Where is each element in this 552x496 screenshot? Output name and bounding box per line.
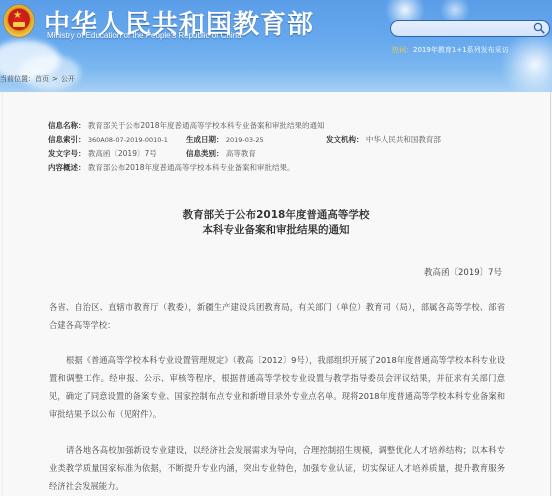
meta-row-docnum: 发文字号： 教高函〔2019〕7号 <box>48 148 157 160</box>
meta-value: 2019-03-25 <box>226 136 264 144</box>
search-input[interactable] <box>397 22 527 35</box>
paragraph-requirements: 请各地各高校加强新设专业建设，以经济社会发展需求为导向，合理控制招生规模，调整优… <box>49 441 505 495</box>
document-number: 教高函〔2019〕7号 <box>424 266 502 278</box>
document-title-line2: 本科专业备案和审批结果的通知 <box>0 223 552 238</box>
cloud-decoration <box>20 55 80 90</box>
breadcrumb: 当前位置：首页>公开 <box>0 74 75 84</box>
meta-label: 发文字号： <box>48 148 86 160</box>
meta-label: 内容概述： <box>48 162 86 174</box>
breadcrumb-separator: > <box>52 75 58 83</box>
document-title-line1: 教育部关于公布2018年度普通高等学校 <box>0 208 552 223</box>
search-box[interactable] <box>390 20 550 37</box>
meta-label: 信息名称： <box>48 120 86 132</box>
gate-icon <box>13 22 25 27</box>
site-header: ★ 中华人民共和国教育部 Ministry of Education of th… <box>0 0 552 92</box>
meta-value: 教高函〔2019〕7号 <box>88 149 157 158</box>
national-emblem-icon[interactable]: ★ <box>4 5 34 37</box>
document-title: 教育部关于公布2018年度普通高等学校 本科专业备案和审批结果的通知 <box>0 208 552 238</box>
breadcrumb-home[interactable]: 首页 <box>35 75 49 83</box>
meta-value: 高等教育 <box>226 149 256 158</box>
meta-label: 信息类别： <box>186 148 224 160</box>
hotword-bar: 热词：2019年教育1+1系列发布采访 <box>392 45 509 55</box>
paragraph-body: 根据《普通高等学校本科专业设置管理规定》（教高〔2012〕9号），我部组织开展了… <box>49 351 505 423</box>
dandelion-decoration <box>500 30 552 92</box>
site-subtitle: Ministry of Education of the People's Re… <box>47 31 242 40</box>
meta-value: 360A08-07-2019-0010-1 <box>88 136 168 144</box>
meta-value: 中华人民共和国教育部 <box>366 135 441 144</box>
meta-row-summary: 内容概述： 教育部公布2018年度普通高等学校本科专业备案和审批结果。 <box>48 162 294 174</box>
hotword-link[interactable]: 2019年教育1+1系列发布采访 <box>413 46 509 54</box>
paragraph-addressees: 各省、自治区、直辖市教育厅（教委），新疆生产建设兵团教育局，有关部门（单位）教育… <box>49 298 505 334</box>
meta-label: 生成日期： <box>186 134 224 146</box>
meta-row-name: 信息名称： 教育部关于公布2018年度普通高等学校本科专业备案和审批结果的通知 <box>48 120 324 132</box>
meta-row-date: 生成日期： 2019-03-25 <box>186 134 264 146</box>
breadcrumb-prefix: 当前位置： <box>0 75 35 83</box>
star-icon: ★ <box>13 11 22 21</box>
breadcrumb-public[interactable]: 公开 <box>61 75 75 83</box>
meta-row-index: 信息索引： 360A08-07-2019-0010-1 <box>48 134 168 146</box>
search-icon[interactable] <box>533 22 545 34</box>
meta-label: 发文机构： <box>326 134 364 146</box>
meta-row-issuer: 发文机构： 中华人民共和国教育部 <box>326 134 441 146</box>
meta-row-category: 信息类别： 高等教育 <box>186 148 256 160</box>
hotword-label: 热词： <box>392 46 413 54</box>
meta-value: 教育部公布2018年度普通高等学校本科专业备案和审批结果。 <box>88 163 295 172</box>
meta-value: 教育部关于公布2018年度普通高等学校本科专业备案和审批结果的通知 <box>88 121 325 130</box>
meta-label: 信息索引： <box>48 134 86 146</box>
